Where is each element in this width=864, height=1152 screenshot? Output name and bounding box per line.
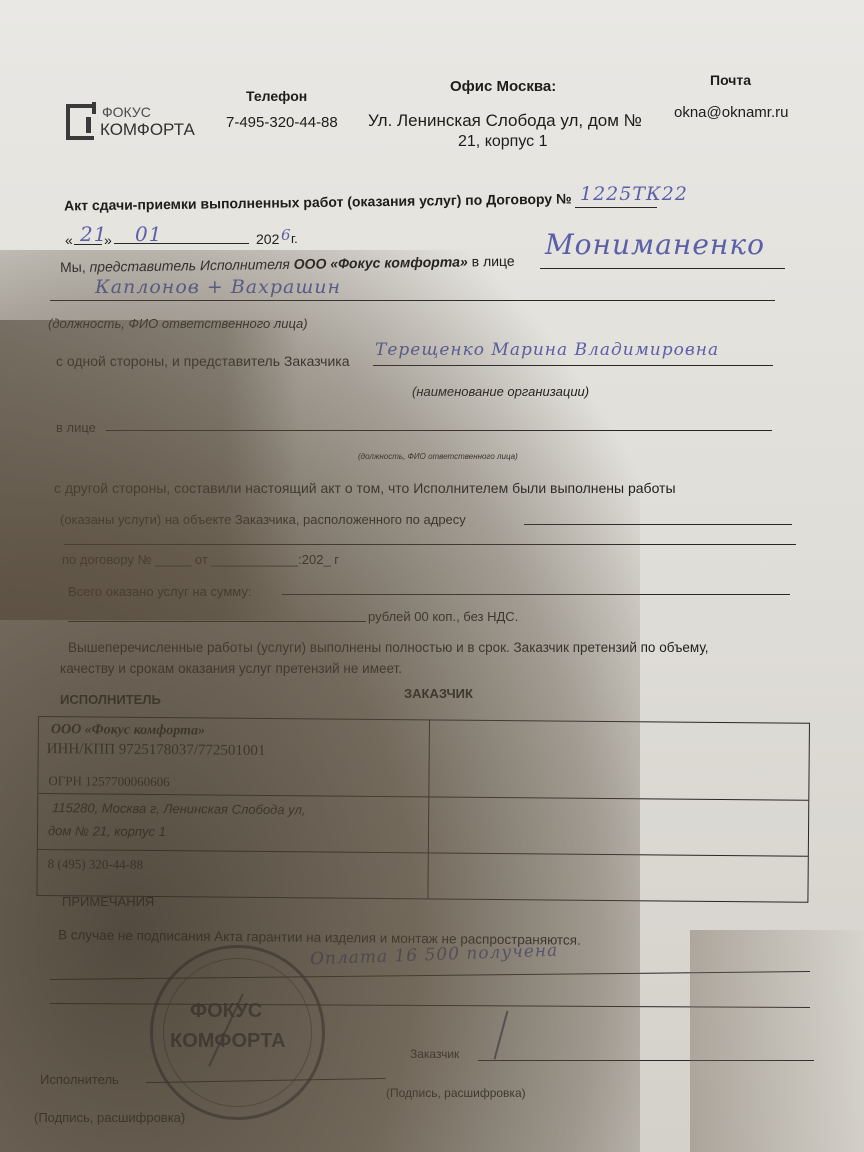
notes-label: ПРИМЕЧАНИЯ (62, 894, 154, 909)
date-day-line (74, 244, 102, 245)
executor-phone: 8 (495) 320-44-88 (48, 856, 143, 873)
executor-intro: Мы, представитель Исполнителя ООО «Фокус… (60, 253, 515, 275)
logo-text-line2: КОМФОРТА (100, 120, 195, 140)
stamp-text-line1: ФОКУС (190, 1000, 262, 1023)
executor-person-2-line (50, 300, 775, 301)
customer-signature-line (478, 1060, 814, 1061)
executor-company-name: ООО «Фокус комфорта» (51, 722, 205, 739)
total-sum-line (282, 594, 790, 595)
one-side-text: с одной стороны, и представитель Заказчи… (56, 353, 350, 369)
done-text-2: качеству и срокам оказания услуг претенз… (60, 661, 402, 676)
stamp-text-line2: КОМФОРТА (170, 1030, 286, 1053)
customer-handwritten: Терещенко Марина Владимировна (375, 340, 719, 360)
act-title: Акт сдачи-приемки выполненных работ (ока… (64, 190, 572, 213)
hint-position-fio: (должность, ФИО ответственного лица) (48, 316, 308, 331)
logo-icon-accent (92, 102, 96, 114)
rubles-line (68, 621, 366, 622)
in-person-2-label: в лице (56, 420, 96, 435)
office-address-line1: Ул. Ленинская Слобода ул, дом № (368, 111, 642, 131)
executor-heading: ИСПОЛНИТЕЛЬ (60, 692, 161, 707)
customer-signature-hint: (Подпись, расшифровка) (386, 1086, 526, 1100)
executor-signature-hint: (Подпись, расшифровка) (34, 1110, 185, 1125)
by-contract-text: по договору № _____ от ____________:202_… (62, 552, 339, 567)
phone-number: 7-495-320-44-88 (226, 114, 338, 131)
notes-line-1 (50, 971, 810, 980)
date-month-line (114, 243, 249, 244)
customer-signature-label: Заказчик (410, 1047, 459, 1061)
office-label: Офис Москва: (450, 78, 556, 95)
table-column-divider (427, 720, 430, 898)
in-person-label: в лице (468, 253, 515, 270)
parties-table: ООО «Фокус комфорта» ИНН/КПП 9725178037/… (36, 716, 810, 903)
other-side-text: с другой стороны, составили настоящий ак… (54, 480, 676, 496)
done-text-1: Вышеперечисленные работы (услуги) выполн… (68, 640, 709, 655)
phone-label: Телефон (246, 88, 307, 104)
executor-person-2-handwritten: Каплонов + Вахрашин (95, 276, 341, 298)
contract-number-handwritten: 1225ТК22 (580, 183, 688, 205)
date-year-suffix: г. (291, 231, 298, 246)
mail-label: Почта (710, 72, 751, 88)
shadow-overlay (690, 930, 864, 1152)
act-document: ФОКУС КОМФОРТА Телефон 7-495-320-44-88 О… (0, 0, 864, 1152)
logo-icon-bar (86, 117, 91, 133)
customer-heading: ЗАКАЗЧИК (404, 686, 473, 701)
executor-signature-label: Исполнитель (40, 1072, 119, 1087)
hint-org: (наименование организации) (412, 384, 589, 399)
executor-company: ООО «Фокус комфорта» (294, 253, 468, 271)
services-at-text: (оказаны услуги) на объекте Заказчика, р… (60, 512, 466, 527)
executor-ogrn: ОГРН 1257700060606 (48, 773, 169, 790)
we-prefix: Мы, (60, 259, 90, 275)
customer-signature (494, 1011, 509, 1060)
executor-address-2: дом № 21, корпус 1 (48, 823, 166, 839)
address-line-1 (524, 524, 792, 525)
total-sum-label: Всего оказано услуг на сумму: (68, 584, 252, 599)
mail-address: okna@oknamr.ru (674, 104, 788, 121)
date-year-digit-handwritten: 6 (281, 226, 292, 244)
office-address-line2: 21, корпус 1 (458, 133, 548, 151)
date-close-quote: » (104, 232, 112, 248)
executor-address-1: 115280, Москва г, Ленинская Слобода ул, (52, 800, 305, 817)
customer-person-line (106, 430, 772, 431)
executor-inn-kpp: ИНН/КПП 9725178037/772501001 (47, 741, 266, 760)
table-row-divider (38, 793, 808, 801)
date-year-prefix: 202 (256, 231, 279, 247)
address-line-2 (64, 544, 796, 545)
hint-position-fio-small: (должность, ФИО ответственного лица) (358, 452, 518, 461)
executor-person-line (540, 268, 785, 269)
rubles-text: рублей 00 коп., без НДС. (368, 609, 518, 624)
table-row-divider (38, 849, 808, 857)
executor-person-handwritten: Мониманенко (545, 228, 765, 261)
date-open-quote: « (65, 232, 73, 248)
contract-number-line (575, 207, 657, 208)
customer-line (373, 365, 773, 366)
logo-text-line1: ФОКУС (102, 104, 151, 120)
executor-role: представитель Исполнителя (89, 256, 293, 275)
